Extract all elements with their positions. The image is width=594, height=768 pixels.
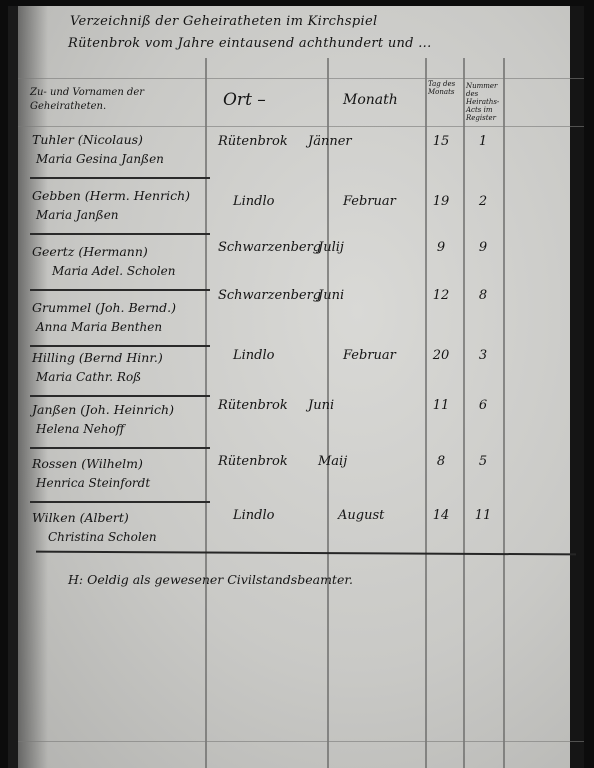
groom-name: Geertz (Hermann) xyxy=(32,244,148,259)
table-row: Hilling (Bernd Hinr.) Maria Cathr. Roß L… xyxy=(18,346,584,402)
groom-name: Rossen (Wilhelm) xyxy=(32,456,143,471)
act-number: 2 xyxy=(468,194,498,209)
column-header-month: Monath xyxy=(343,92,398,108)
act-number: 8 xyxy=(468,288,498,303)
act-number: 3 xyxy=(468,348,498,363)
column-header-place: Ort – xyxy=(223,90,266,110)
act-number: 11 xyxy=(468,508,498,523)
column-header-act-number: Nummer des Heiraths-Acts im Register xyxy=(466,82,506,122)
place: Rütenbrok xyxy=(218,398,288,413)
day: 20 xyxy=(426,348,456,363)
groom-name: Wilken (Albert) xyxy=(32,510,129,525)
day: 19 xyxy=(426,194,456,209)
row-separator xyxy=(30,501,210,503)
table-row: Rossen (Wilhelm) Henrica Steinfordt Rüte… xyxy=(18,452,584,508)
row-separator xyxy=(30,447,210,449)
month: Jänner xyxy=(308,134,352,149)
month: Februar xyxy=(343,194,396,209)
day: 8 xyxy=(426,454,456,469)
day: 12 xyxy=(426,288,456,303)
month: August xyxy=(338,508,384,523)
act-number: 5 xyxy=(468,454,498,469)
act-number: 6 xyxy=(468,398,498,413)
bottom-rule xyxy=(18,741,584,742)
bride-name: Maria Adel. Scholen xyxy=(52,264,175,278)
day: 9 xyxy=(426,240,456,255)
row-separator xyxy=(30,233,210,235)
header-top-rule xyxy=(18,78,584,79)
day: 14 xyxy=(426,508,456,523)
place: Lindlo xyxy=(233,194,274,209)
month: Maij xyxy=(318,454,347,469)
day: 15 xyxy=(426,134,456,149)
column-header-names: Zu- und Vornamen der Geheiratheten. xyxy=(30,86,200,114)
month: Februar xyxy=(343,348,396,363)
place: Schwarzenberg xyxy=(218,240,321,255)
act-number: 9 xyxy=(468,240,498,255)
column-header-day: Tag des Monats xyxy=(428,80,464,96)
place: Lindlo xyxy=(233,348,274,363)
header-bottom-rule xyxy=(18,126,584,127)
act-number: 1 xyxy=(468,134,498,149)
month: Juni xyxy=(308,398,334,413)
month: Julij xyxy=(318,240,344,255)
bride-name: Anna Maria Benthen xyxy=(36,320,162,334)
bride-name: Helena Nehoff xyxy=(36,422,124,436)
title-line-2: Rütenbrok vom Jahre eintausend achthunde… xyxy=(68,36,432,51)
groom-name: Grummel (Joh. Bernd.) xyxy=(32,300,176,315)
bride-name: Christina Scholen xyxy=(48,530,157,544)
bride-name: Maria Gesina Janßen xyxy=(36,152,164,166)
groom-name: Gebben (Herm. Henrich) xyxy=(32,188,190,203)
title-line-1: Verzeichniß der Geheiratheten im Kirchsp… xyxy=(70,14,377,29)
row-separator xyxy=(30,395,210,397)
bride-name: Maria Janßen xyxy=(36,208,119,222)
signature: H: Oeldig als gewesener Civilstandsbeamt… xyxy=(68,572,353,587)
bride-name: Henrica Steinfordt xyxy=(36,476,150,490)
place: Lindlo xyxy=(233,508,274,523)
row-separator xyxy=(30,289,210,291)
table-row: Tuhler (Nicolaus) Maria Gesina Janßen Rü… xyxy=(18,128,584,184)
place: Rütenbrok xyxy=(218,454,288,469)
table-row: Grummel (Joh. Bernd.) Anna Maria Benthen… xyxy=(18,296,584,352)
table-row: Janßen (Joh. Heinrich) Helena Nehoff Rüt… xyxy=(18,398,584,454)
month: Juni xyxy=(318,288,344,303)
groom-name: Tuhler (Nicolaus) xyxy=(32,132,143,147)
groom-name: Hilling (Bernd Hinr.) xyxy=(32,350,163,365)
bride-name: Maria Cathr. Roß xyxy=(36,370,141,384)
table-row: Gebben (Herm. Henrich) Maria Janßen Lind… xyxy=(18,184,584,240)
place: Schwarzenberg xyxy=(218,288,321,303)
row-separator xyxy=(30,177,210,179)
day: 11 xyxy=(426,398,456,413)
document-page: Verzeichniß der Geheiratheten im Kirchsp… xyxy=(8,6,584,768)
groom-name: Janßen (Joh. Heinrich) xyxy=(32,402,174,417)
place: Rütenbrok xyxy=(218,134,288,149)
